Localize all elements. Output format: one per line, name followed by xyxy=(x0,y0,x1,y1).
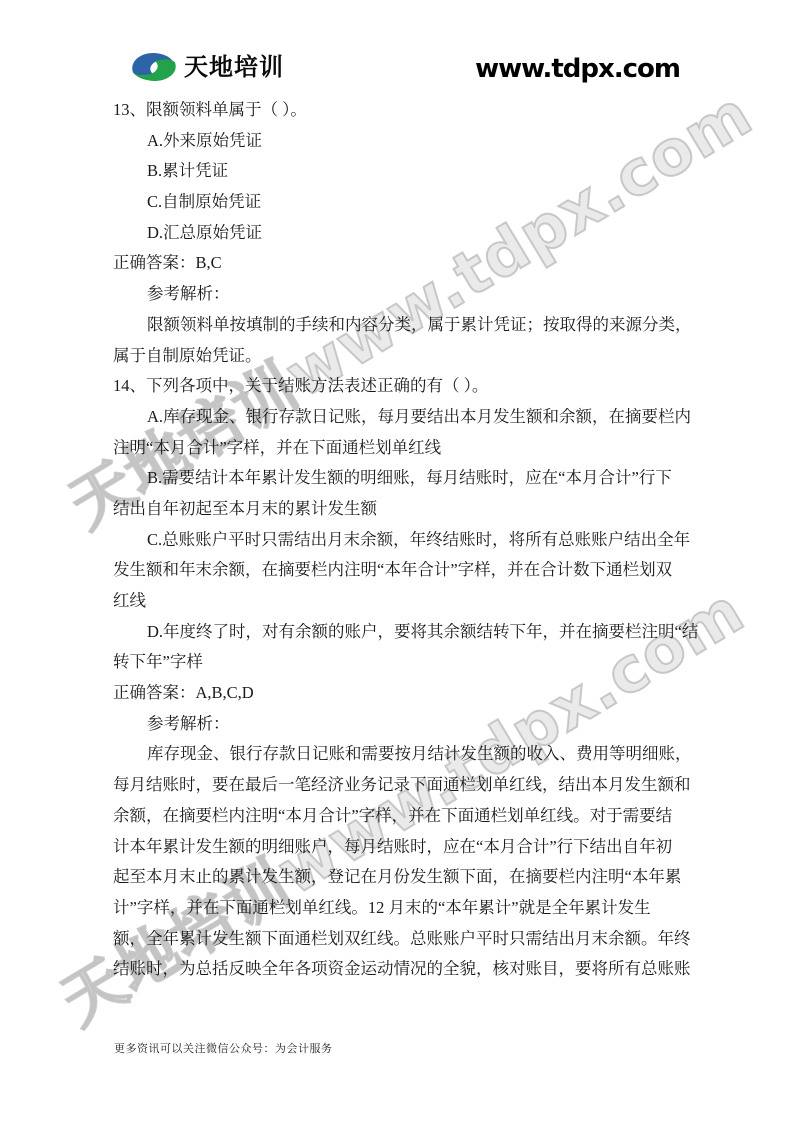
document-body: 13、限额领料单属于（ ）。A.外来原始凭证B.累计凭证C.自制原始凭证D.汇总… xyxy=(113,95,679,985)
document-line: C.自制原始凭证 xyxy=(113,187,679,218)
document-line: 注明“本月合计”字样，并在下面通栏划单红线 xyxy=(113,433,679,464)
document-line: 计本年累计发生额的明细账户，每月结账时，应在“本月合计”行下结出自年初 xyxy=(113,832,679,863)
logo-text: 天地培训 xyxy=(184,50,284,84)
document-line: B.累计凭证 xyxy=(113,156,679,187)
document-line: A.外来原始凭证 xyxy=(113,126,679,157)
document-line: 限额领料单按填制的手续和内容分类，属于累计凭证；按取得的来源分类， xyxy=(113,310,679,341)
document-line: 转下年”字样 xyxy=(113,647,679,678)
document-line: 起至本月末止的累计发生额，登记在月份发生额下面，在摘要栏内注明“本年累 xyxy=(113,862,679,893)
document-line: 发生额和年末余额，在摘要栏内注明“本年合计”字样，并在合计数下通栏划双 xyxy=(113,555,679,586)
document-line: 正确答案：B,C xyxy=(113,248,679,279)
document-line: 余额，在摘要栏内注明“本月合计”字样，并在下面通栏划单红线。对于需要结 xyxy=(113,801,679,832)
document-line: B.需要结计本年累计发生额的明细账，每月结账时，应在“本月合计”行下 xyxy=(113,463,679,494)
document-line: 参考解析： xyxy=(113,279,679,310)
document-line: C.总账账户平时只需结出月末余额，年终结账时，将所有总账账户结出全年 xyxy=(113,525,679,556)
document-line: A.库存现金、银行存款日记账，每月要结出本月发生额和余额，在摘要栏内 xyxy=(113,402,679,433)
document-line: 结账时，为总括反映全年各项资金运动情况的全貌，核对账目，要将所有总账账 xyxy=(113,954,679,985)
document-line: 红线 xyxy=(113,586,679,617)
document-line: 额，全年累计发生额下面通栏划双红线。总账账户平时只需结出月末余额。年终 xyxy=(113,924,679,955)
document-line: D.年度终了时，对有余额的账户，要将其余额结转下年，并在摘要栏注明“结 xyxy=(113,617,679,648)
document-line: 13、限额领料单属于（ ）。 xyxy=(113,95,679,126)
document-line: 计”字样，并在下面通栏划单红线。12 月末的“本年累计”就是全年累计发生 xyxy=(113,893,679,924)
document-line: D.汇总原始凭证 xyxy=(113,218,679,249)
logo-swirl-icon xyxy=(128,50,180,84)
document-line: 属于自制原始凭证。 xyxy=(113,341,679,372)
footer-note: 更多资讯可以关注微信公众号：为会计服务 xyxy=(114,1040,333,1056)
document-line: 正确答案：A,B,C,D xyxy=(113,678,679,709)
document-line: 14、下列各项中，关于结账方法表述正确的有（ ）。 xyxy=(113,371,679,402)
document-line: 参考解析： xyxy=(113,709,679,740)
document-line: 结出自年初起至本月末的累计发生额 xyxy=(113,494,679,525)
logo: 天地培训 xyxy=(128,50,284,84)
document-page: 天地培训www.tdpx.com 天地培训www.tdpx.com 天地培训 w… xyxy=(0,0,793,1122)
header-website-url: www.tdpx.com xyxy=(475,54,680,84)
document-line: 每月结账时，要在最后一笔经济业务记录下面通栏划单红线，结出本月发生额和 xyxy=(113,770,679,801)
document-line: 库存现金、银行存款日记账和需要按月结计发生额的收入、费用等明细账， xyxy=(113,739,679,770)
